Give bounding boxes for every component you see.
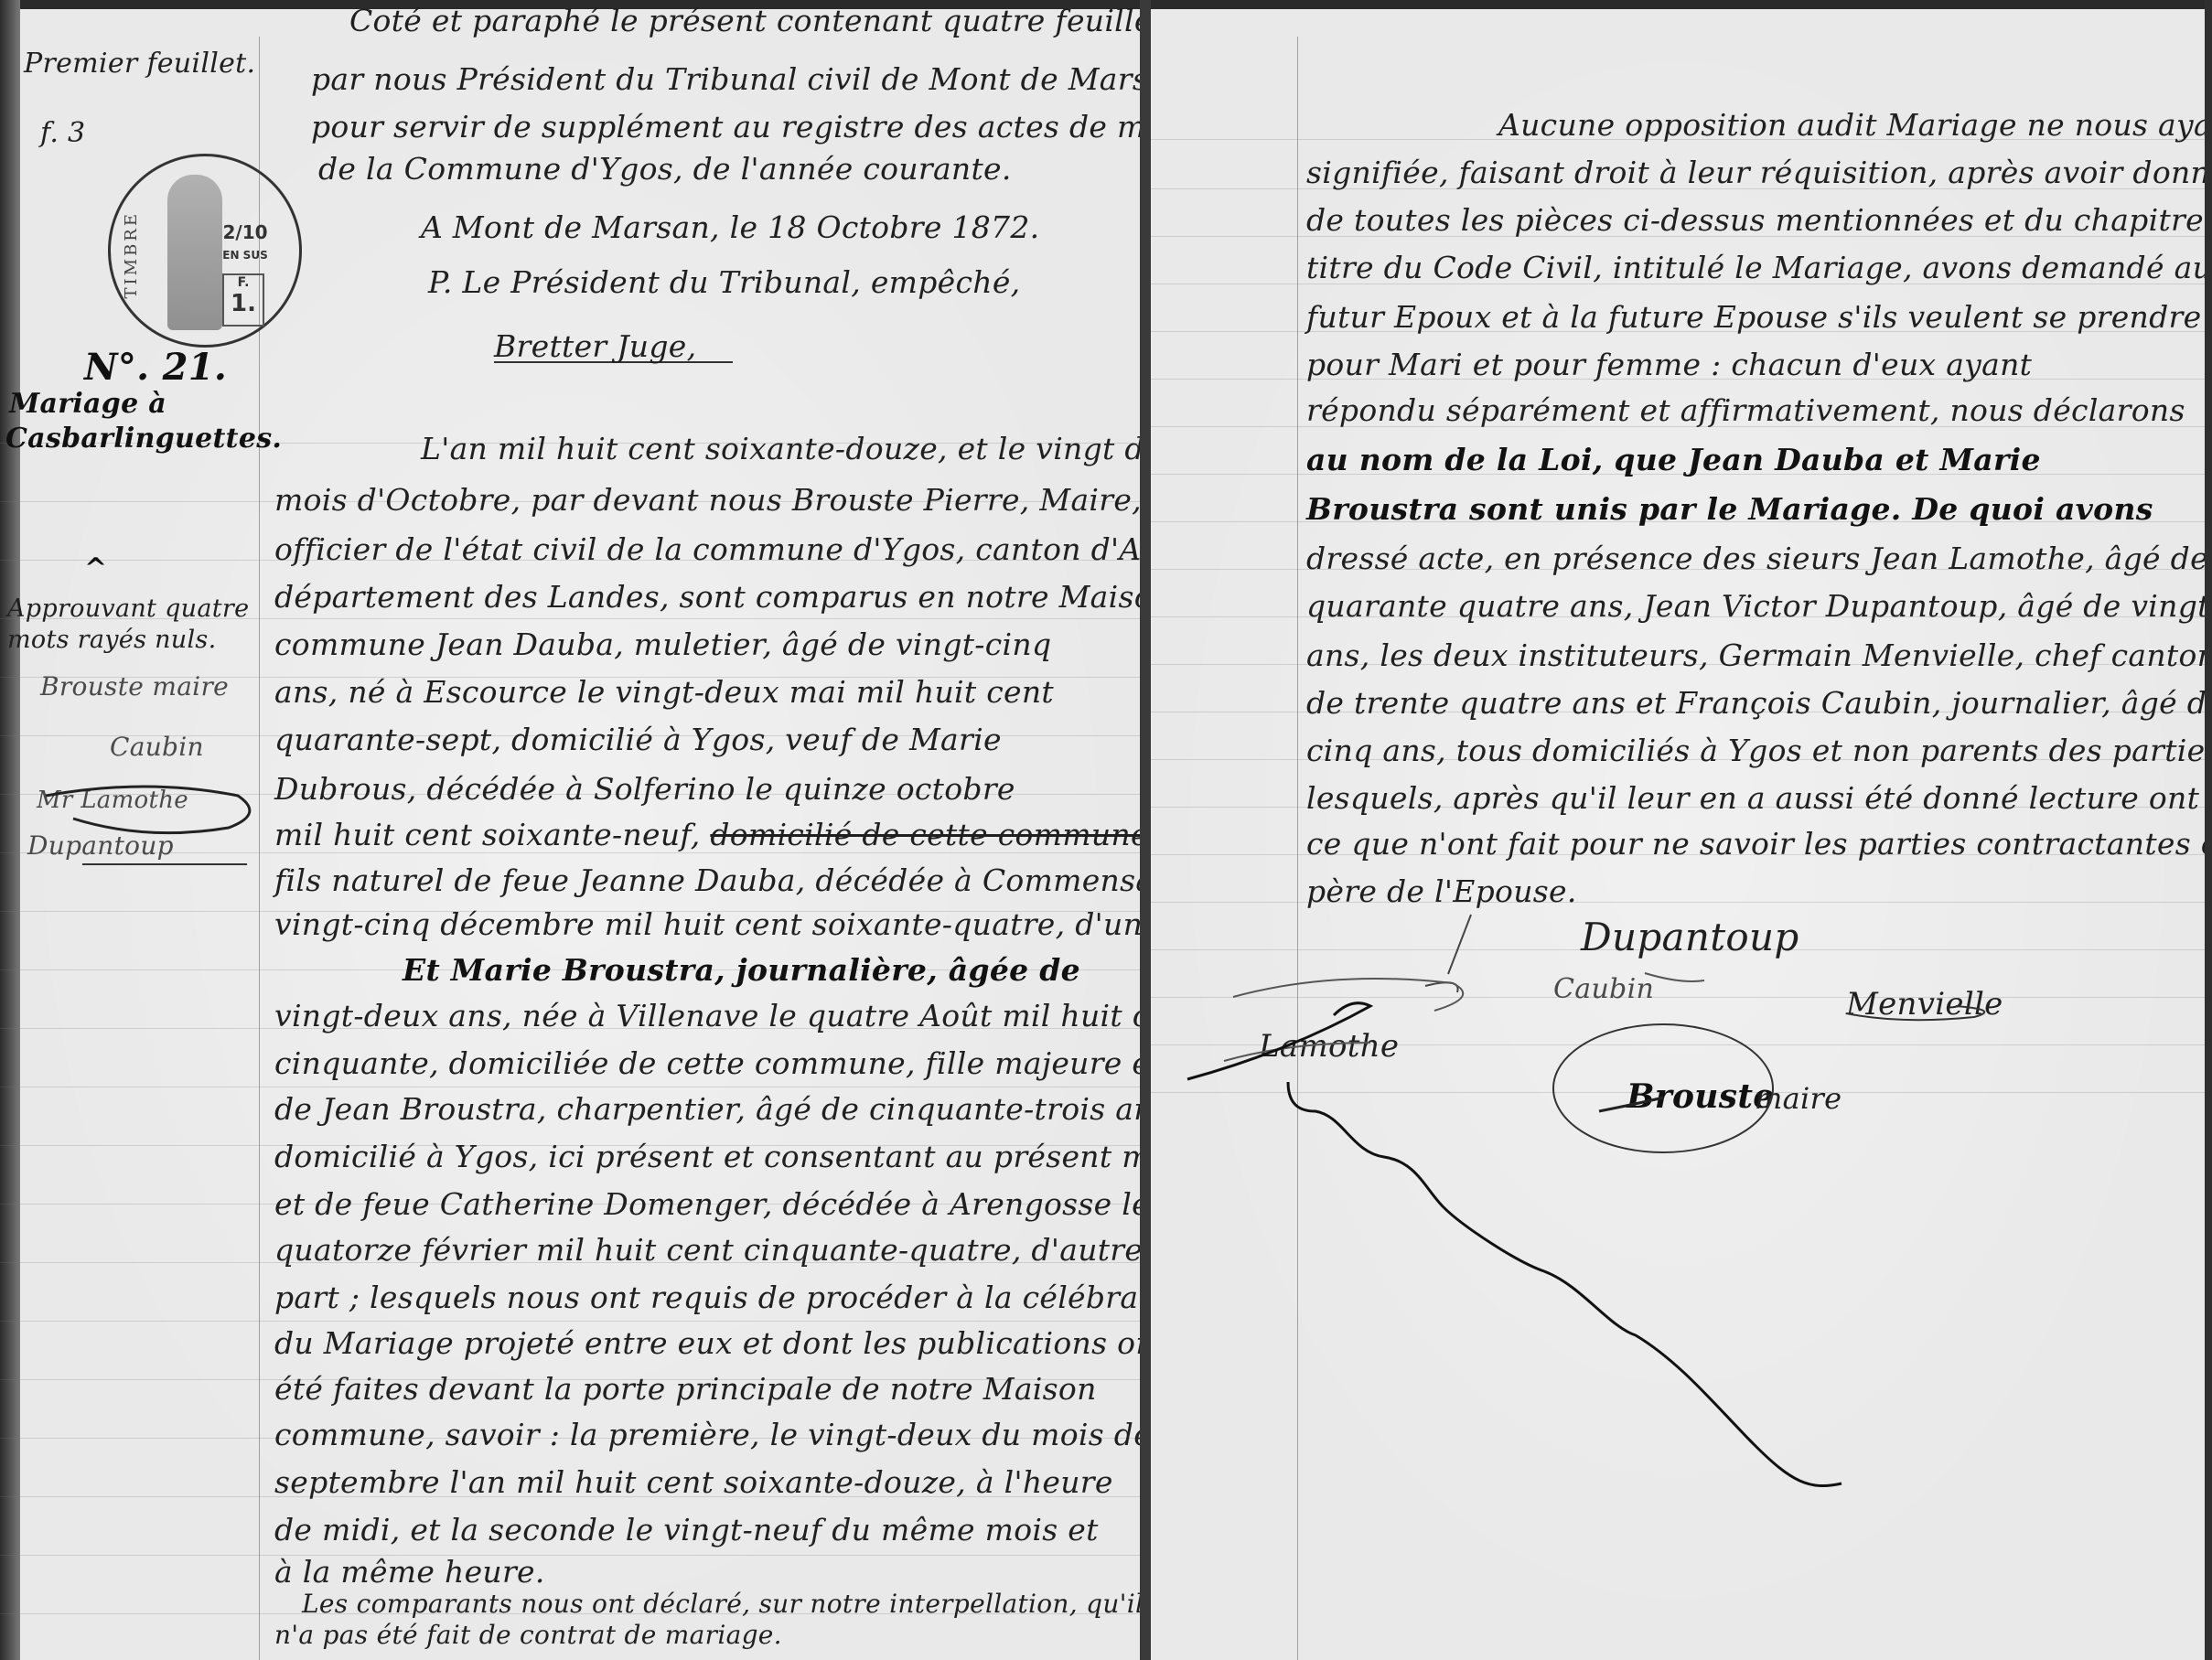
body-line-5: commune Jean Dauba, muletier, âgé de vin… [274, 629, 1051, 659]
body-line-10: fils naturel de feue Jeanne Dauba, décéd… [274, 865, 1151, 895]
body-line-18: quatorze février mil huit cent cinquante… [274, 1235, 1143, 1265]
place-date: A Mont de Marsan, le 18 Octobre 1872. [421, 212, 1039, 242]
stamp-letter: F. [238, 275, 250, 290]
right-page: Aucune opposition audit Mariage ne nous … [1151, 0, 2212, 1660]
approval-note-line-2: mots rayés nuls. [7, 626, 216, 654]
stamp-label: TIMBRE [122, 211, 141, 298]
binding-strip [0, 0, 20, 1660]
header-line-4: de la Commune d'Ygos, de l'année courant… [318, 154, 1012, 184]
act-title-line-1: Mariage à [9, 388, 166, 420]
body-line-9-text: mil huit cent soixante-neuf, [274, 817, 701, 852]
body-line-19: part ; lesquels nous ont requis de procé… [274, 1282, 1151, 1312]
tax-stamp: TIMBRE 2/10 EN SUS F. 1. [108, 154, 302, 348]
left-page: Premier feuillet. f. 3 TIMBRE 2/10 EN SU… [0, 0, 1151, 1660]
act-title-line-2: Casbarlinguettes. [5, 423, 282, 455]
body-line-3: officier de l'état civil de la commune d… [274, 534, 1151, 564]
header-line-1: Coté et paraphé le présent contenant qua… [349, 5, 1151, 36]
body-line-21: été faites devant la porte principale de… [274, 1374, 1097, 1404]
body-line-6: ans, né à Escource le vingt-deux mai mil… [274, 677, 1054, 707]
header-line-3: pour servir de supplément au registre de… [311, 112, 1151, 142]
header-line-2: par nous Président du Tribunal civil de … [311, 64, 1151, 94]
body-line-20: du Mariage projeté entre eux et dont les… [274, 1328, 1151, 1358]
body-line-13: vingt-deux ans, née à Villenave le quatr… [274, 1001, 1151, 1031]
body-line-17: et de feue Catherine Domenger, décédée à… [274, 1189, 1150, 1219]
body-line-9: mil huit cent soixante-neuf, domicilié d… [274, 819, 1149, 850]
body-line-11: vingt-cinq décembre mil huit cent soixan… [274, 909, 1151, 939]
body-line-7: quarante-sept, domicilié à Ygos, veuf de… [274, 724, 1002, 755]
body-line-12: Et Marie Broustra, journalière, âgée de [403, 955, 1080, 985]
struck-text: domicilié de cette commune [710, 817, 1148, 852]
body-line-4: département des Landes, sont comparus en… [274, 582, 1151, 612]
register-spread: Premier feuillet. f. 3 TIMBRE 2/10 EN SU… [0, 0, 2212, 1660]
cancellation-line-icon [1151, 0, 2212, 1660]
folio-number: f. 3 [40, 117, 85, 149]
body-line-8: Dubrous, décédée à Solferino le quinze o… [274, 774, 1015, 804]
flourish-icon [18, 777, 256, 869]
body-line-26: Les comparants nous ont déclaré, sur not… [302, 1591, 1144, 1617]
approval-note-line-1: Approuvant quatre [7, 594, 249, 623]
insertion-caret: ^ [84, 552, 107, 584]
body-line-1: L'an mil huit cent soixante-douze, et le… [421, 434, 1151, 464]
stamp-value-fraction: 2/10 [222, 221, 267, 243]
body-line-27: n'a pas été fait de contrat de mariage. [274, 1623, 782, 1648]
margin-signature-caubin: Caubin [110, 732, 204, 762]
stamp-number: 1. [224, 290, 263, 317]
stamp-value-suffix: EN SUS [222, 249, 267, 262]
body-line-16: domicilié à Ygos, ici présent et consent… [274, 1141, 1151, 1172]
judge-signature: Bretter Juge, [494, 331, 733, 363]
folio-note: Premier feuillet. [24, 48, 255, 80]
stamp-value: 2/10 EN SUS [222, 222, 268, 262]
margin-signature-mayor: Brouste maire [40, 671, 229, 701]
stamp-denomination: F. 1. [222, 273, 264, 327]
body-line-2: mois d'Octobre, par devant nous Brouste … [274, 485, 1142, 515]
justice-figure-icon [167, 175, 222, 330]
president-line: P. Le Président du Tribunal, empêché, [428, 267, 1020, 297]
body-line-22: commune, savoir : la première, le vingt-… [274, 1419, 1151, 1450]
act-number: N°. 21. [84, 346, 227, 389]
body-line-14: cinquante, domiciliée de cette commune, … [274, 1048, 1151, 1078]
body-line-24: de midi, et la seconde le vingt-neuf du … [274, 1515, 1099, 1545]
body-line-23: septembre l'an mil huit cent soixante-do… [274, 1467, 1113, 1497]
body-line-15: de Jean Broustra, charpentier, âgé de ci… [274, 1094, 1151, 1124]
body-line-25: à la même heure. [274, 1557, 545, 1587]
